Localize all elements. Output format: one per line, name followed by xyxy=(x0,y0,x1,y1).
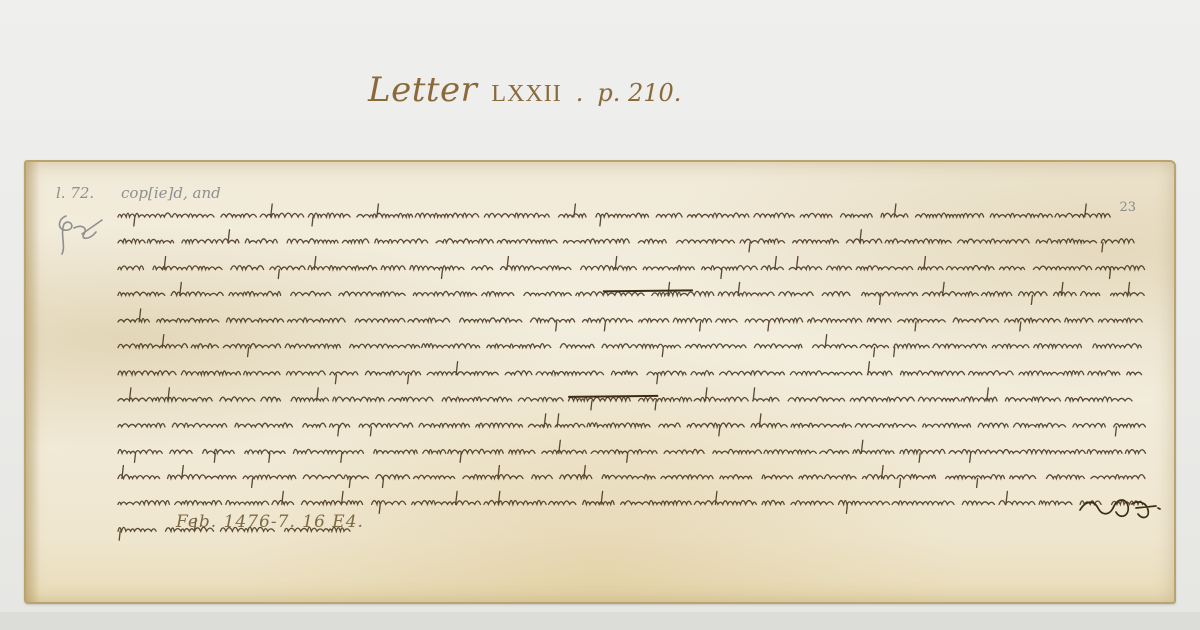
handwriting-strokes xyxy=(114,333,1144,359)
handwriting-strokes xyxy=(114,254,1144,280)
manuscript-line xyxy=(114,412,1144,438)
manuscript-line xyxy=(114,254,1144,280)
manuscript-line xyxy=(114,228,1144,254)
margin-copied-note: cop[ie]d, and xyxy=(121,184,221,202)
handwriting-strokes xyxy=(114,228,1134,254)
handwriting-strokes xyxy=(114,281,1144,307)
handwriting-strokes xyxy=(114,385,1144,411)
manuscript-paper: l. 72. cop[ie]d, and 23 Feb. 1476-7. 16 … xyxy=(24,160,1176,604)
manuscript-line xyxy=(114,307,1144,333)
handwriting-strokes xyxy=(114,438,1144,464)
page-reference: p. 210. xyxy=(597,79,681,107)
letter-separator: . xyxy=(576,79,584,107)
manuscript-line xyxy=(114,333,1144,359)
strikethrough-mark xyxy=(603,290,693,291)
mount-bottom-edge xyxy=(0,612,1200,630)
manuscript-line xyxy=(114,464,1144,490)
paper-stain-edge xyxy=(26,162,40,602)
handwriting-strokes xyxy=(114,464,1144,490)
manuscript-line xyxy=(114,281,1144,307)
manuscript-line xyxy=(114,202,1144,228)
margin-number-note: l. 72. xyxy=(56,184,94,202)
manuscript-line xyxy=(114,359,1144,385)
letter-header-annotation: Letter LXXII . p. 210. xyxy=(368,70,681,110)
handwriting-strokes xyxy=(114,359,1144,385)
letter-label: Letter xyxy=(368,70,477,110)
manuscript-line xyxy=(114,385,1144,411)
date-annotation: Feb. 1476-7. 16 E4. xyxy=(176,512,364,532)
handwriting-strokes xyxy=(114,412,1144,438)
strikethrough-mark xyxy=(568,396,658,397)
margin-monogram-icon xyxy=(52,210,112,260)
handwriting-strokes xyxy=(114,202,1114,228)
manuscript-line xyxy=(114,438,1144,464)
handwriting-strokes xyxy=(114,307,1144,333)
letter-number: LXXII xyxy=(491,81,561,108)
